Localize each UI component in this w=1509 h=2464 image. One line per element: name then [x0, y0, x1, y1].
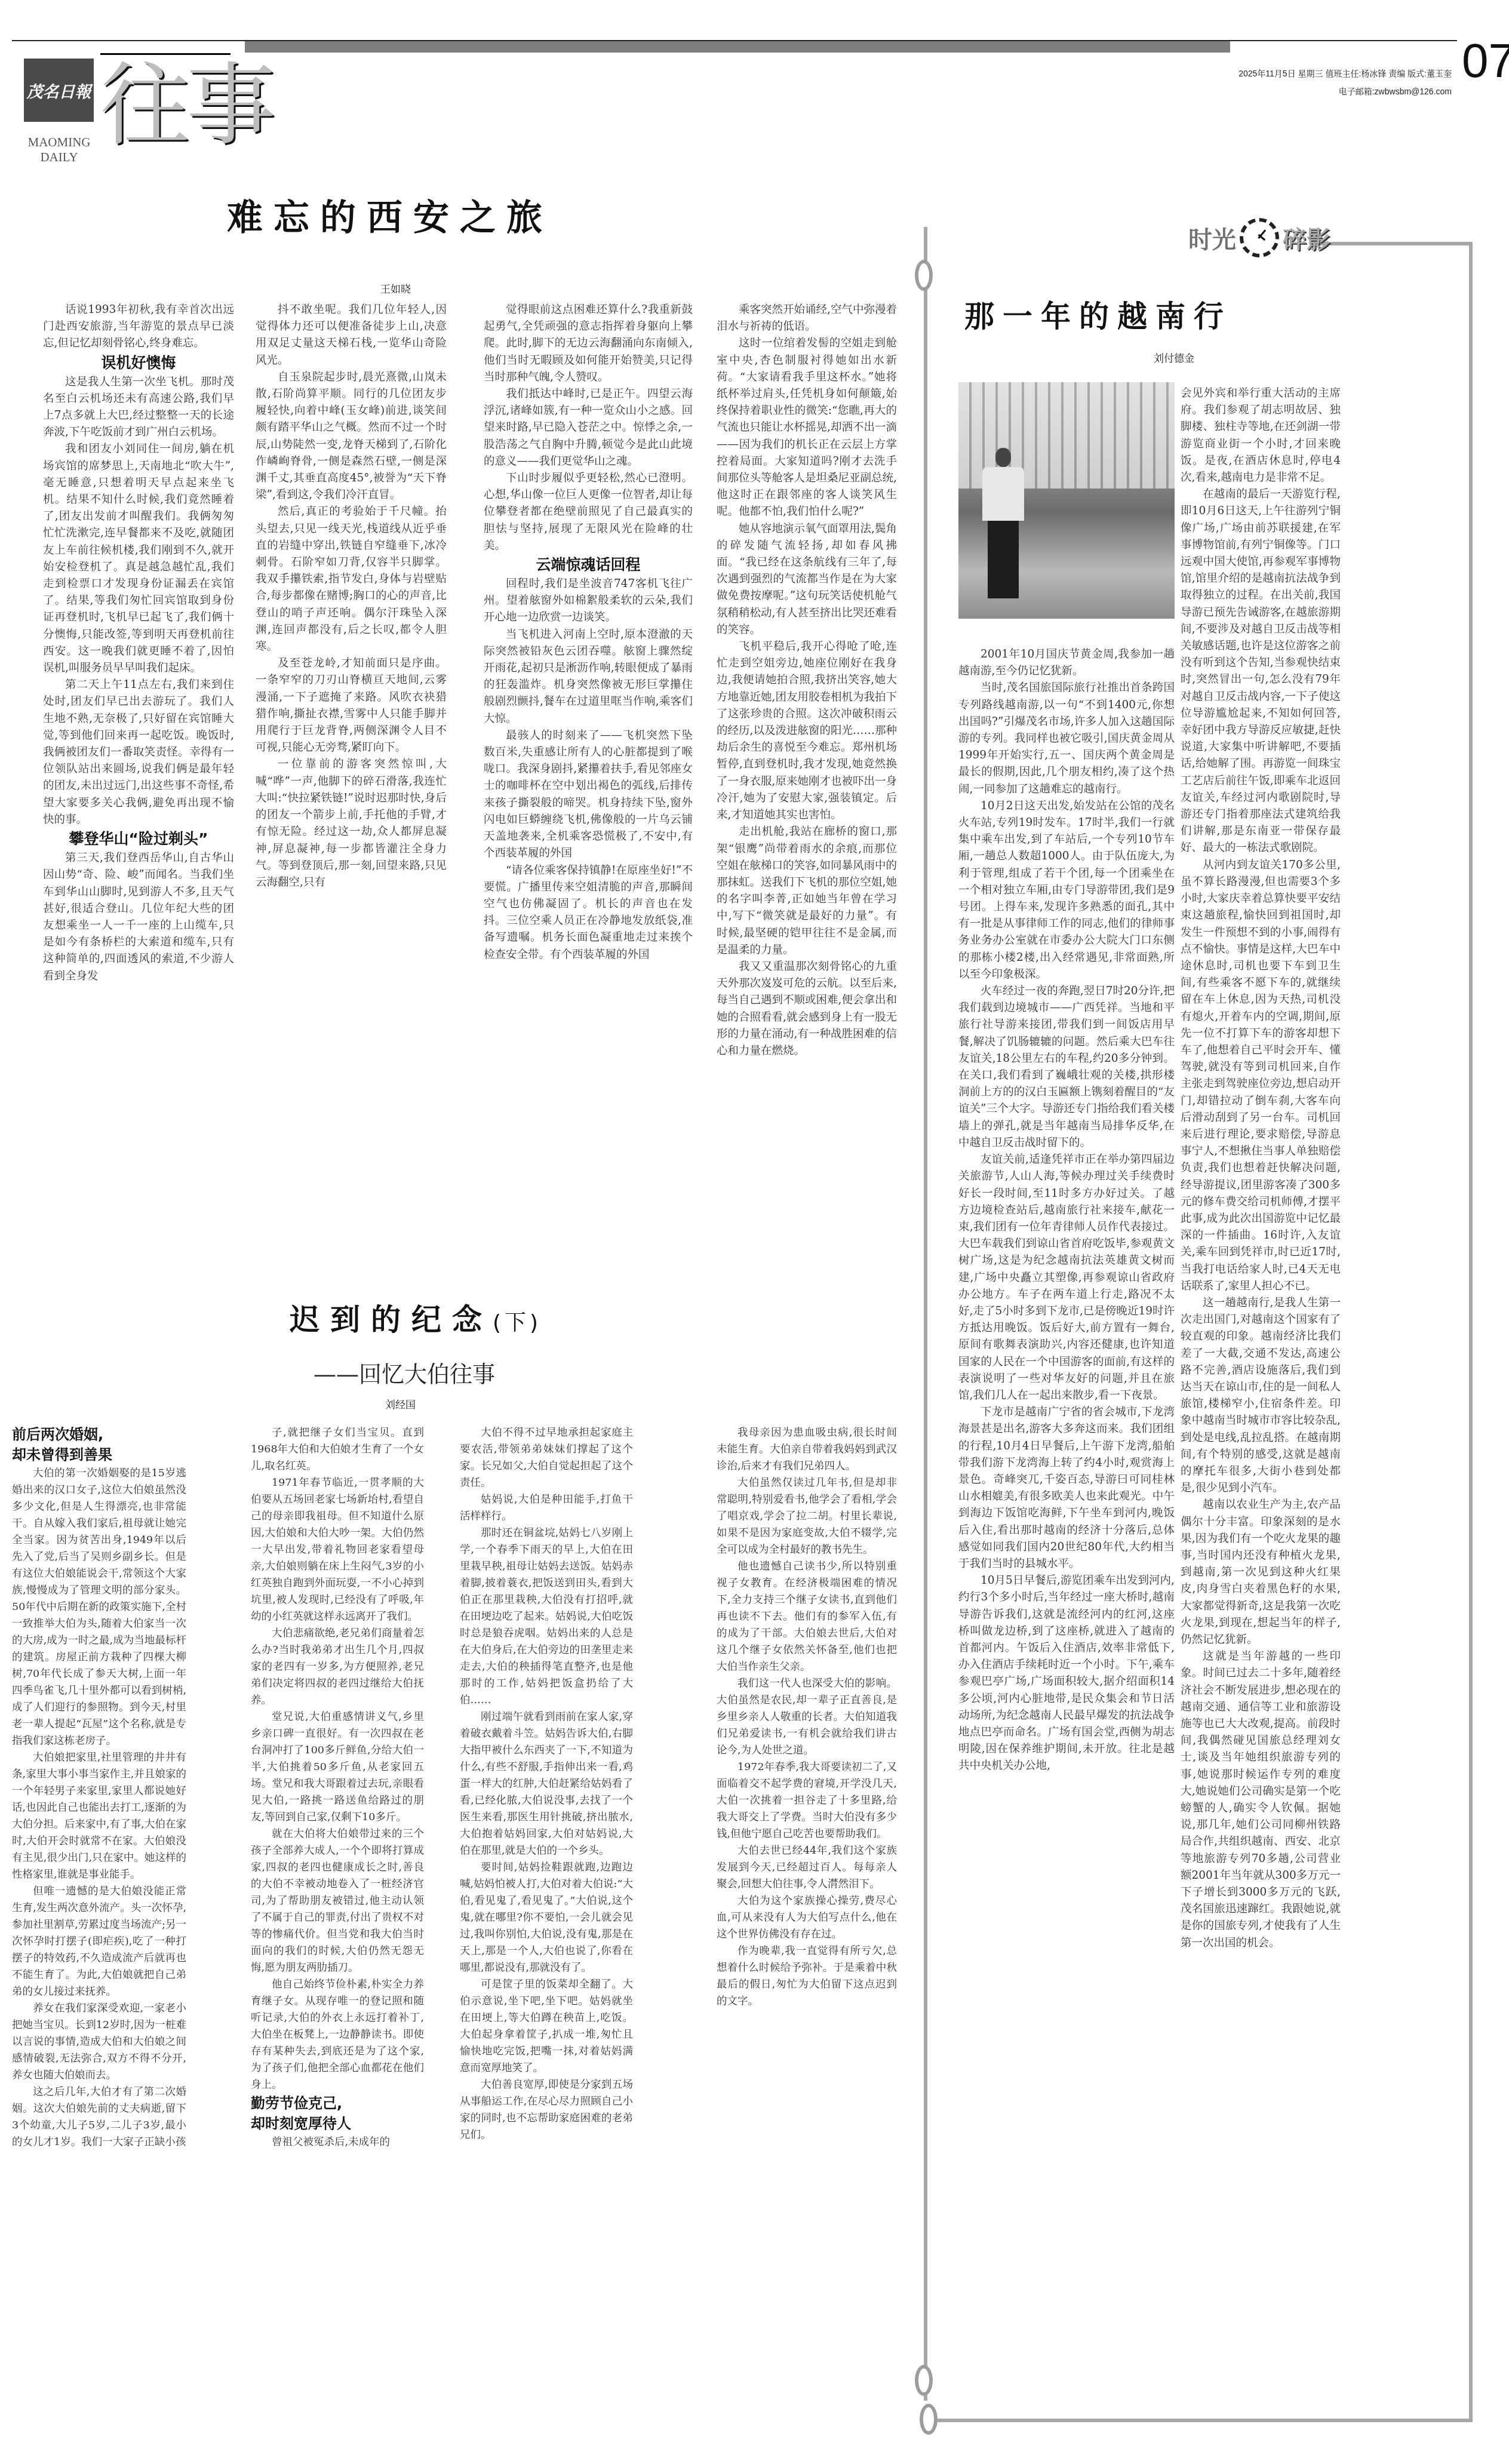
article3-photo: [958, 382, 1175, 619]
masthead-gray-bar: [245, 41, 1230, 53]
article1-title: 难忘的西安之旅: [227, 194, 553, 242]
article1-author: 王如晓: [380, 281, 411, 296]
paragraph: 越南以农业生产为主,农产品偶尔十分丰富。印象深刻的是水果,因为我们有一个吃火龙果…: [1181, 1497, 1341, 1648]
paragraph: 这之后几年,大伯才有了第二次婚姻。这次大伯娘先前的丈夫病逝,留下3个幼童,大儿子…: [12, 2084, 186, 2150]
clock-icon: [1240, 218, 1279, 257]
paragraph: 大伯去世已经44年,我们这个家族发展到今天,已经超过百人。每每亲人聚会,回想大伯…: [717, 1842, 897, 1892]
paragraph: 作为晚辈,我一直觉得有所亏欠,总想着什么时候给予弥补。于是乘着中秋最后的假日,匆…: [717, 1943, 897, 2010]
article3-author: 刘付德金: [1154, 350, 1194, 365]
subheading: 攀登华山“险过剃头”: [43, 828, 234, 850]
paragraph: 那时还在铜盆垸,姑妈七八岁刚上学,一个春季下雨天的早上,大伯在田里栽早秧,祖母让…: [460, 1525, 633, 1709]
paragraph: 堂兄说,大伯重感情讲义气,乡里乡亲口碑一直很好。有一次四叔在老台洞冲打了100多…: [251, 1709, 424, 1826]
paragraph: 大伯虽然仅读过几年书,但是却非常聪明,特别爱看书,他学会了看相,学会了唱京戏,学…: [717, 1474, 897, 1558]
article1-column-3: 觉得眼前这点困难还算什么?我重新鼓起勇气,全凭顽强的意志指挥着身躯向上攀爬。此时…: [484, 302, 693, 963]
paragraph: 第二天上午11点左右,我们来到住处时,团友们早已出去游玩了。我们人生地不熟,无奈…: [43, 677, 234, 828]
paragraph: 大伯善良宽厚,即使是分家到五场从事船运工作,在尽心尽力照顾自己小家的同时,也不忘…: [460, 2076, 633, 2143]
column-logo-right: 碎影: [1283, 221, 1330, 255]
paragraph: 就在大伯将大伯娘带过来的三个孩子全部养大成人,一个个即将打算成家,四叔的老四也健…: [251, 1826, 424, 1976]
paragraph: 10月5日早餐后,游览团乘车出发到河内,约行3个多小时后,当年经过一座大桥时,越…: [958, 1572, 1175, 1774]
article2-title-part: (下): [493, 1311, 542, 1335]
paragraph: 他也遗憾自己读书少,所以特别重视子女教育。在经济极端困难的情况下,全力支持三个继…: [717, 1558, 897, 1675]
paragraph: 他自己始终节俭朴素,朴实全力养育继子女。从现存唯一的登记照和随听记录,大伯的外衣…: [251, 1976, 424, 2093]
paragraph: 可是筐子里的饭菜却全翻了。大伯示意说,坐下吧,坐下吧。姑妈就坐在田埂上,等大伯蹲…: [460, 1976, 633, 2076]
paragraph: 这是我人生第一次坐飞机。那时茂名至白云机场还未有高速公路,我们早上7点多就上大巴…: [43, 374, 234, 441]
frame-ring-bottom-left: [915, 2365, 933, 2396]
article2-author: 刘经国: [385, 1396, 416, 1411]
article2-column-1: 前后两次婚姻, 却未曾得到善果 大伯的第一次婚姻娶的是15岁逃婚出来的汉口女子,…: [12, 1424, 186, 2150]
paragraph: 曾祖父被冤杀后,未成年的: [251, 2134, 424, 2150]
section-title: 往事: [100, 55, 272, 156]
article2-title: 迟到的纪念(下): [290, 1302, 542, 1341]
article2-title-main: 迟到的纪念: [290, 1302, 493, 1337]
article3-title: 那一年的越南行: [964, 299, 1232, 334]
paragraph: 这时一位绾着发髻的空姐走到舱室中央,杏色制服衬得她如出水新荷。“大家请看我手里这…: [717, 335, 897, 520]
feature-frame-left-line: [924, 227, 927, 2401]
paragraph: 大伯不得不过早地承担起家庭主要农活,带领弟弟妹妹们撑起了这个家。长兄如父,大伯自…: [460, 1424, 633, 1491]
frame-ring-top: [915, 260, 933, 291]
article3-column-1: 2001年10月国庆节黄金周,我参加一趟越南游,至今仍记忆犹新。 当时,茂名国旅…: [958, 646, 1175, 1775]
subheading: 误机好懊悔: [43, 352, 234, 374]
paragraph: 话说1993年初秋,我有幸首次出远门赴西安旅游,当年游览的景点早已淡忘,但记忆却…: [43, 302, 234, 352]
paragraph: 然后,真正的考验始于千尺幢。抬头望去,只见一线天光,栈道线从近乎垂直的岩缝中穿出…: [256, 503, 447, 655]
paragraph: 火车经过一夜的奔跑,翌日7时20分许,把我们载到边境城市——广西凭祥。当地和平旅…: [958, 983, 1175, 1151]
paragraph: 会见外宾和举行重大活动的主席府。我们参观了胡志明故居、独脚楼、独柱寺等地,在还剑…: [1181, 385, 1341, 486]
article2-column-2: 子,就把继子女们当宝贝。直到1968年大伯和大伯娘才生育了一个女儿,取名红英。 …: [251, 1424, 424, 2150]
paragraph: 养女在我们家深受欢迎,一家老小把她当宝贝。长到12岁时,因为一桩难以言说的事情,…: [12, 2000, 186, 2084]
paragraph: 从河内到友谊关170多公里,虽不算长路漫漫,但也需要3个多小时,大家庆幸着总算快…: [1181, 857, 1341, 1295]
subheading: 勤劳节俭克己, 却时刻宽厚待人: [251, 2093, 424, 2134]
paragraph: 这一趟越南行,是我人生第一次走出国门,对越南这个国家有了较直观的印象。越南经济比…: [1181, 1295, 1341, 1497]
paragraph: 1972年春季,我大哥要读初二了,又面临着交不起学费的窘境,开学没几天,大伯一次…: [717, 1759, 897, 1842]
photo-person: [982, 448, 1024, 603]
article1-column-1: 话说1993年初秋,我有幸首次出远门赴西安旅游,当年游览的景点早已淡忘,但记忆却…: [43, 302, 234, 985]
article2-column-4: 我母亲因为患血吸虫病,很长时间未能生育。大伯亲自带着我妈妈到武汉诊治,后来才有我…: [717, 1424, 897, 2010]
article3-column-2: 会见外宾和举行重大活动的主席府。我们参观了胡志明故居、独脚楼、独柱寺等地,在还剑…: [1181, 385, 1341, 1952]
paragraph: 我和团友小刘同住一间房,躺在机场宾馆的席梦思上,天南地北“吹大牛”,毫无睡意,只…: [43, 441, 234, 677]
feature-frame-right-line: [1469, 242, 1473, 2422]
paragraph: 子,就把继子女们当宝贝。直到1968年大伯和大伯娘才生育了一个女儿,取名红英。: [251, 1424, 424, 1474]
issue-meta: 2025年11月5日 星期三 值班主任:杨冰锋 责编 版式:董玉奎: [1238, 67, 1452, 79]
newspaper-logo: 茂名日報: [24, 59, 94, 122]
paragraph: 大伯为这个家族操心操劳,费尽心血,可从来没有人为大伯写点什么,他在这个世界仿佛没…: [717, 1892, 897, 1943]
paragraph: 1971年春节临近,一贯孝顺的大伯要从五场回老家七场新坮村,看望自己的母亲即我祖…: [251, 1474, 424, 1625]
paragraph: 及至苍龙岭,才知前面只是序曲。一条窄窄的刀刃山脊横亘天地间,云雾漫涌,一下子遮掩…: [256, 655, 447, 756]
article1-column-2: 抖不敢坐呢。我们几位年轻人,因觉得体力还可以便准备徒步上山,决意用双足丈量这天梯…: [256, 302, 447, 891]
paragraph: 要时间,姑妈捡鞋跟就跑,边跑边喊,姑妈怕被人打,大伯对着大伯说:“大伯,看见鬼了…: [460, 1859, 633, 1976]
issue-email: 电子邮箱:zwbwsbm@126.com: [1339, 85, 1452, 97]
subheading: 云端惊魂话回程: [484, 554, 693, 576]
paragraph: 我们这一代人也深受大伯的影响。大伯虽然是农民,却一辈子正直善良,是乡里乡亲人人敬…: [717, 1675, 897, 1759]
paragraph: 这就是当年游越的一些印象。时间已过去二十多年,随着经济社会不断发展进步,想必现在…: [1181, 1648, 1341, 1952]
paragraph: 大伯娘把家里,社里管理的井井有条,家里大事小事当家作主,并且娘家的一个年轻男子来…: [12, 1749, 186, 1883]
paragraph: 下龙市是越南广宁省的省会城市,下龙湾海景甚是出名,游客大多奔这而来。我们团组的行…: [958, 1404, 1175, 1572]
feature-frame-bottom-line: [930, 2419, 1473, 2422]
paragraph: 第三天,我们登西岳华山,自古华山因山势“奇、险、峻”而闻名。当我们坐车到华山山脚…: [43, 850, 234, 985]
paragraph: 飞机平稳后,我开心得呛了呛,连忙走到空姐旁边,她座位刚好在我身边,我便请她拍合照…: [717, 638, 897, 824]
newspaper-logo-en: MAOMING DAILY: [24, 135, 94, 165]
paragraph: 友谊关前,适逢凭祥市正在举办第四届边关旅游节,人山人海,等候办理过关手续费时好长…: [958, 1151, 1175, 1404]
paragraph: 当飞机进入河南上空时,原本澄澈的天际突然被铅灰色云团吞噬。舷窗上骤然绽开雨花,起…: [484, 626, 693, 727]
paragraph: 最骇人的时刻来了——飞机突然下坠数百米,失重感让所有人的心脏都提到了喉咙口。我深…: [484, 727, 693, 862]
paragraph: 一位靠前的游客突然惊叫,大喊“哗”一声,他脚下的碎石滑落,我连忙大叫:“快拉紧铁…: [256, 756, 447, 891]
paragraph: 2001年10月国庆节黄金周,我参加一趟越南游,至今仍记忆犹新。: [958, 646, 1175, 680]
feature-frame-top-line: [1311, 242, 1473, 245]
subheading: 前后两次婚姻, 却未曾得到善果: [12, 1424, 186, 1465]
paragraph: 刚过端午就看到雨前在家人家,穿着破衣戴着斗笠。姑妈告诉大伯,右脚大指甲被什么东西…: [460, 1709, 633, 1859]
paragraph: 我们抵达中峰时,已是正午。四望云海浮沉,诸峰如簇,有一种一览众山小之感。回望来时…: [484, 386, 693, 470]
article2-subtitle: ——回忆大伯往事: [314, 1356, 495, 1388]
paragraph: “请各位乘客保持镇静!在原座坐好!”不要慌。广播里传来空姐清脆的声音,那瞬间空气…: [484, 862, 693, 963]
article2-column-3: 大伯不得不过早地承担起家庭主要农活,带领弟弟妹妹们撑起了这个家。长兄如父,大伯自…: [460, 1424, 633, 2143]
paragraph: 抖不敢坐呢。我们几位年轻人,因觉得体力还可以便准备徒步上山,决意用双足丈量这天梯…: [256, 302, 447, 369]
paragraph: 大伯悲痛欲绝,老兄弟们商量着怎么办?当时我弟弟才出生几个月,四叔家的老四有一岁多…: [251, 1625, 424, 1709]
paragraph: 当时,茂名国旅国际旅行社推出首条跨国专列路线越南游,以一句“不到1400元,你想…: [958, 680, 1175, 797]
paragraph: 乘客突然开始诵经,空气中弥漫着泪水与祈祷的低语。: [717, 302, 897, 335]
paragraph: 大伯的第一次婚姻娶的是15岁逃婚出来的汉口女子,这位大伯娘虽然没多少文化,但是人…: [12, 1465, 186, 1749]
column-logo-left: 时光: [1188, 221, 1236, 255]
paragraph: 下山时步履似乎更轻松,然心已澄明。心想,华山像一位巨人更像一位智者,却让每位攀登…: [484, 470, 693, 554]
paragraph: 走出机舱,我站在廊桥的窗口,那架“银鹰”尚带着雨水的余痕,而那位空姐在舷梯口的笑…: [717, 824, 897, 958]
frame-ring-bottom: [920, 2404, 938, 2435]
article1-column-4: 乘客突然开始诵经,空气中弥漫着泪水与祈祷的低语。 这时一位绾着发髻的空姐走到舱室…: [717, 302, 897, 1059]
paragraph: 回程时,我们是坐波音747客机飞往广州。望着舷窗外如棉絮般柔软的云朵,我们开心地…: [484, 576, 693, 626]
paragraph: 在越南的最后一天游览行程,即10月6日这天,上午往游列宁铜像广场,广场由前苏联援…: [1181, 486, 1341, 856]
paragraph: 觉得眼前这点困难还算什么?我重新鼓起勇气,全凭顽强的意志指挥着身躯向上攀爬。此时…: [484, 302, 693, 386]
paragraph: 我又又重温那次刻骨铭心的九重天外那次岌岌可危的云航。以至后来,每当自己遇到不顺或…: [717, 958, 897, 1059]
paragraph: 她从容地演示氧气面罩用法,鬓角的碎发随气流轻扬,却如春风拂面。“我已经在这条航线…: [717, 521, 897, 638]
page-number: 07: [1462, 37, 1509, 85]
paragraph: 我母亲因为患血吸虫病,很长时间未能生育。大伯亲自带着我妈妈到武汉诊治,后来才有我…: [717, 1424, 897, 1474]
paragraph: 10月2日这天出发,始发站在公馆的茂名火车站,专列19时发车。17时半,我们一行…: [958, 798, 1175, 983]
column-logo: 时光 碎影: [1188, 218, 1330, 257]
paragraph: 自玉泉院起步时,晨光熹微,山岚未散,石阶尚算平顺。同行的几位团友步履轻快,向着中…: [256, 369, 447, 504]
paragraph: 但唯一遗憾的是大伯娘没能正常生育,发生两次意外流产。头一次怀孕,参加社里割草,劳…: [12, 1883, 186, 2000]
paragraph: 姑妈说,大伯是种田能手,打鱼干活样样行。: [460, 1491, 633, 1525]
